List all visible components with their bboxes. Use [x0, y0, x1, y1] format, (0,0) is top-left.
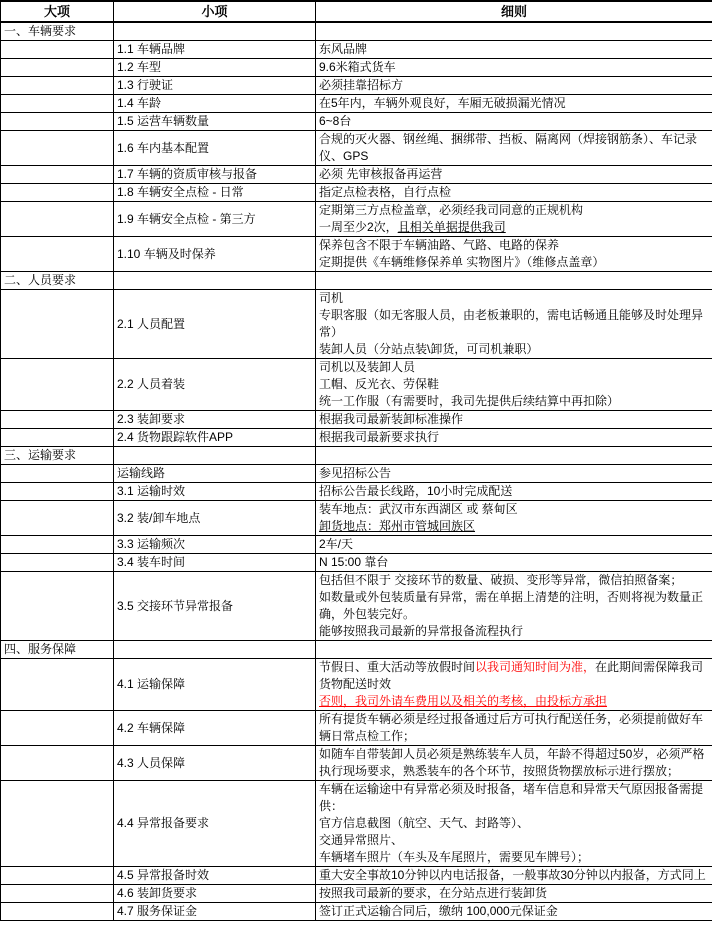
detail-line: 招标公告最长线路，10小时完成配送	[319, 483, 709, 500]
detail-line: 按照我司最新的要求，在分站点进行装卸货	[319, 885, 709, 902]
item-cell: 2.3 装卸要求	[114, 411, 316, 429]
detail-cell: 节假日、重大活动等放假时间以我司通知时间为准，在此期间需保障我司货物配送时效否则…	[316, 659, 712, 711]
detail-text: 所有提货车辆必须是经过报备通过后方可执行配送任务，必须提前做好车辆日常点检工作；	[319, 712, 703, 743]
item-cell: 1.5 运营车辆数量	[114, 113, 316, 131]
item-cell: 4.5 异常报备时效	[114, 867, 316, 885]
detail-line: 必须挂靠招标方	[319, 77, 709, 94]
detail-text: 2车/天	[319, 537, 353, 551]
detail-line: 所有提货车辆必须是经过报备通过后方可执行配送任务，必须提前做好车辆日常点检工作；	[319, 711, 709, 745]
detail-text: 定期提供《车辆维修保养单 实物图片》（维修点盖章）	[319, 255, 604, 269]
table-row: 1.4 车龄在5年内，车辆外观良好，车厢无破损漏光情况	[1, 95, 712, 113]
major-cell	[1, 867, 114, 885]
detail-cell: 指定点检表格，自行点检	[316, 184, 712, 202]
section-row: 二、人员要求	[1, 272, 712, 290]
column-header-detail: 细则	[316, 1, 712, 22]
table-row: 1.5 运营车辆数量6~8台	[1, 113, 712, 131]
detail-line: N 15:00 靠台	[319, 554, 709, 571]
detail-line: 能够按照我司最新的异常报备流程执行	[319, 623, 709, 640]
table-row: 1.1 车辆品牌东风品牌	[1, 41, 712, 59]
detail-cell: 招标公告最长线路，10小时完成配送	[316, 483, 712, 501]
item-cell: 2.4 货物跟踪软件APP	[114, 429, 316, 447]
item-cell: 1.8 车辆安全点检 - 日常	[114, 184, 316, 202]
section-row: 三、运输要求	[1, 447, 712, 465]
detail-text: 招标公告最长线路，10小时完成配送	[319, 484, 512, 498]
detail-line: 2车/天	[319, 536, 709, 553]
detail-line: 车辆在运输途中有异常必须及时报备，堵车信息和异常天气原因报备需提供：	[319, 781, 709, 815]
detail-cell: 定期第三方点检盖章，必须经我司同意的正规机构一周至少2次，且相关单据提供我司	[316, 202, 712, 237]
table-row: 2.3 装卸要求根据我司最新装卸标准操作	[1, 411, 712, 429]
section-row: 四、服务保障	[1, 641, 712, 659]
detail-cell: 必须挂靠招标方	[316, 77, 712, 95]
item-cell: 3.2 装/卸车地点	[114, 501, 316, 536]
detail-text: 如随车自带装卸人员必须是熟练装车人员，年龄不得超过50岁，必须严格执行现场要求，…	[319, 747, 704, 778]
detail-text: 一周至少2次，	[319, 220, 398, 234]
item-cell: 1.10 车辆及时保养	[114, 237, 316, 272]
detail-line: 参见招标公告	[319, 465, 709, 482]
detail-line: 东风品牌	[319, 41, 709, 58]
table-row: 4.5 异常报备时效重大安全事故10分钟以内电话报备，一般事故30分钟以内报备，…	[1, 867, 712, 885]
table-row: 1.9 车辆安全点检 - 第三方定期第三方点检盖章，必须经我司同意的正规机构一周…	[1, 202, 712, 237]
item-cell: 2.1 人员配置	[114, 290, 316, 359]
detail-cell: 根据我司最新装卸标准操作	[316, 411, 712, 429]
document: 大项小项细则 一、车辆要求1.1 车辆品牌东风品牌1.2 车型9.6米箱式货车1…	[0, 0, 712, 941]
item-cell	[114, 22, 316, 41]
major-cell	[1, 290, 114, 359]
detail-text: 按照我司最新的要求，在分站点进行装卸货	[319, 886, 547, 900]
detail-line: 统一工作服（有需要时，我司先提供后续结算中再扣除）	[319, 393, 709, 410]
table-row: 1.6 车内基本配置合规的灭火器、钢丝绳、捆绑带、挡板、隔离网（焊接钢筋条）、车…	[1, 131, 712, 166]
item-cell: 3.1 运输时效	[114, 483, 316, 501]
major-cell	[1, 131, 114, 166]
item-cell: 3.3 运输频次	[114, 536, 316, 554]
detail-line: 9.6米箱式货车	[319, 59, 709, 76]
detail-cell: 9.6米箱式货车	[316, 59, 712, 77]
table-row: 1.8 车辆安全点检 - 日常指定点检表格，自行点检	[1, 184, 712, 202]
detail-text: N 15:00 靠台	[319, 555, 388, 569]
detail-line: 在5年内，车辆外观良好，车厢无破损漏光情况	[319, 95, 709, 112]
detail-text: 根据我司最新装卸标准操作	[319, 412, 463, 426]
detail-text: 装车地点：武汉市东西湖区 或 蔡甸区	[319, 502, 518, 516]
detail-text: 如数量或外包装质量有异常，需在单据上清楚的注明，否则将视为数量正确，外包装完好。	[319, 590, 703, 621]
item-cell: 运输线路	[114, 465, 316, 483]
detail-line: 指定点检表格，自行点检	[319, 184, 709, 201]
major-cell	[1, 483, 114, 501]
detail-text: 6~8台	[319, 114, 351, 128]
major-cell	[1, 746, 114, 781]
detail-line: 一周至少2次，且相关单据提供我司	[319, 219, 709, 236]
detail-line: 合规的灭火器、钢丝绳、捆绑带、挡板、隔离网（焊接钢筋条）、车记录仪、GPS	[319, 131, 709, 165]
column-header-major: 大项	[1, 1, 114, 22]
column-header-item: 小项	[114, 1, 316, 22]
table-row: 1.3 行驶证必须挂靠招标方	[1, 77, 712, 95]
major-cell	[1, 77, 114, 95]
item-cell: 1.6 车内基本配置	[114, 131, 316, 166]
detail-line: 定期提供《车辆维修保养单 实物图片》（维修点盖章）	[319, 254, 709, 271]
major-cell	[1, 465, 114, 483]
detail-text: 工帽、反光衣、劳保鞋	[319, 377, 439, 391]
major-cell	[1, 113, 114, 131]
item-cell: 3.4 装车时间	[114, 554, 316, 572]
major-cell	[1, 237, 114, 272]
detail-text: 保养包含不限于车辆油路、气路、电路的保养	[319, 238, 559, 252]
major-cell	[1, 903, 114, 921]
detail-cell: 所有提货车辆必须是经过报备通过后方可执行配送任务，必须提前做好车辆日常点检工作；	[316, 711, 712, 746]
major-cell	[1, 166, 114, 184]
section-title-cell: 二、人员要求	[1, 272, 114, 290]
major-cell	[1, 659, 114, 711]
detail-text: 能够按照我司最新的异常报备流程执行	[319, 624, 523, 638]
detail-text: 定期第三方点检盖章，必须经我司同意的正规机构	[319, 203, 583, 217]
major-cell	[1, 202, 114, 237]
detail-line: 根据我司最新装卸标准操作	[319, 411, 709, 428]
item-cell: 4.7 服务保证金	[114, 903, 316, 921]
detail-line: 必须 先审核报备再运营	[319, 166, 709, 183]
table-row: 2.2 人员着装司机以及装卸人员工帽、反光衣、劳保鞋统一工作服（有需要时，我司先…	[1, 359, 712, 411]
detail-line: 工帽、反光衣、劳保鞋	[319, 376, 709, 393]
section-title-cell: 四、服务保障	[1, 641, 114, 659]
detail-text: 统一工作服（有需要时，我司先提供后续结算中再扣除）	[319, 394, 619, 408]
major-cell	[1, 41, 114, 59]
detail-text: 必须挂靠招标方	[319, 78, 403, 92]
detail-cell: 重大安全事故10分钟以内电话报备，一般事故30分钟以内报备，方式同上	[316, 867, 712, 885]
item-cell: 4.3 人员保障	[114, 746, 316, 781]
detail-line: 司机以及装卸人员	[319, 359, 709, 376]
requirements-table: 大项小项细则 一、车辆要求1.1 车辆品牌东风品牌1.2 车型9.6米箱式货车1…	[0, 0, 712, 921]
table-row: 4.3 人员保障如随车自带装卸人员必须是熟练装车人员，年龄不得超过50岁，必须严…	[1, 746, 712, 781]
detail-text: 交通异常照片、	[319, 833, 403, 847]
detail-line: 如数量或外包装质量有异常，需在单据上清楚的注明，否则将视为数量正确，外包装完好。	[319, 589, 709, 623]
detail-text: 参见招标公告	[319, 466, 391, 480]
detail-text: 专职客服（如无客服人员，由老板兼职的，需电话畅通且能够及时处理异常）	[319, 308, 703, 339]
item-cell: 1.7 车辆的资质审核与报备	[114, 166, 316, 184]
table-row: 3.1 运输时效招标公告最长线路，10小时完成配送	[1, 483, 712, 501]
detail-line: 车辆堵车照片（车头及车尾照片，需要见车牌号）；	[319, 849, 709, 866]
detail-cell: 2车/天	[316, 536, 712, 554]
detail-text: 必须 先审核报备再运营	[319, 167, 442, 181]
detail-line: 如随车自带装卸人员必须是熟练装车人员，年龄不得超过50岁，必须严格执行现场要求，…	[319, 746, 709, 780]
major-cell	[1, 359, 114, 411]
detail-cell: 签订正式运输合同后，缴纳 100,000元保证金	[316, 903, 712, 921]
item-cell	[114, 447, 316, 465]
detail-text: 司机	[319, 291, 343, 305]
detail-text: 9.6米箱式货车	[319, 60, 396, 74]
table-row: 4.2 车辆保障所有提货车辆必须是经过报备通过后方可执行配送任务，必须提前做好车…	[1, 711, 712, 746]
detail-line: 包括但不限于 交接环节的数量、破损、变形等异常，微信拍照备案；	[319, 572, 709, 589]
table-row: 1.7 车辆的资质审核与报备必须 先审核报备再运营	[1, 166, 712, 184]
detail-line: 定期第三方点检盖章，必须经我司同意的正规机构	[319, 202, 709, 219]
table-row: 运输线路参见招标公告	[1, 465, 712, 483]
detail-cell: 必须 先审核报备再运营	[316, 166, 712, 184]
detail-cell: 在5年内，车辆外观良好，车厢无破损漏光情况	[316, 95, 712, 113]
detail-text: 根据我司最新要求执行	[319, 430, 439, 444]
detail-cell: 参见招标公告	[316, 465, 712, 483]
detail-text: 司机以及装卸人员	[319, 360, 415, 374]
detail-cell: 司机专职客服（如无客服人员，由老板兼职的，需电话畅通且能够及时处理异常）装卸人员…	[316, 290, 712, 359]
item-cell	[114, 272, 316, 290]
detail-text: 且相关单据提供我司	[398, 220, 506, 234]
detail-text-emphasis: 否则，我司外请车费用以及相关的考核，由投标方承担	[319, 694, 607, 708]
item-cell: 1.1 车辆品牌	[114, 41, 316, 59]
detail-cell: 合规的灭火器、钢丝绳、捆绑带、挡板、隔离网（焊接钢筋条）、车记录仪、GPS	[316, 131, 712, 166]
detail-cell	[316, 22, 712, 41]
detail-text: 节假日、重大活动等放假时间	[319, 660, 475, 674]
major-cell	[1, 536, 114, 554]
detail-cell: 如随车自带装卸人员必须是熟练装车人员，年龄不得超过50岁，必须严格执行现场要求，…	[316, 746, 712, 781]
item-cell: 1.3 行驶证	[114, 77, 316, 95]
table-row: 2.1 人员配置司机专职客服（如无客服人员，由老板兼职的，需电话畅通且能够及时处…	[1, 290, 712, 359]
major-cell	[1, 554, 114, 572]
detail-text: 包括但不限于 交接环节的数量、破损、变形等异常，微信拍照备案；	[319, 573, 682, 587]
detail-line: 专职客服（如无客服人员，由老板兼职的，需电话畅通且能够及时处理异常）	[319, 307, 709, 341]
detail-cell: 6~8台	[316, 113, 712, 131]
item-cell: 4.2 车辆保障	[114, 711, 316, 746]
item-cell: 3.5 交接环节异常报备	[114, 572, 316, 641]
detail-line: 6~8台	[319, 113, 709, 130]
major-cell	[1, 781, 114, 867]
detail-line: 司机	[319, 290, 709, 307]
detail-cell	[316, 447, 712, 465]
detail-text: 卸货地点：郑州市管城回族区	[319, 519, 475, 533]
detail-line: 装车地点：武汉市东西湖区 或 蔡甸区	[319, 501, 709, 518]
detail-text: 重大安全事故10分钟以内电话报备，一般事故30分钟以内报备，方式同上	[319, 868, 706, 882]
major-cell	[1, 501, 114, 536]
item-cell: 4.4 异常报备要求	[114, 781, 316, 867]
major-cell	[1, 184, 114, 202]
detail-cell	[316, 641, 712, 659]
item-cell: 2.2 人员着装	[114, 359, 316, 411]
detail-line: 官方信息截图（航空、天气、封路等）、	[319, 815, 709, 832]
table-row: 4.7 服务保证金签订正式运输合同后，缴纳 100,000元保证金	[1, 903, 712, 921]
detail-line: 否则，我司外请车费用以及相关的考核，由投标方承担	[319, 693, 709, 710]
major-cell	[1, 885, 114, 903]
detail-cell: 保养包含不限于车辆油路、气路、电路的保养定期提供《车辆维修保养单 实物图片》（维…	[316, 237, 712, 272]
item-cell: 4.6 装卸货要求	[114, 885, 316, 903]
header-row: 大项小项细则	[1, 1, 712, 22]
section-title-cell: 一、车辆要求	[1, 22, 114, 41]
major-cell	[1, 429, 114, 447]
detail-text: 车辆在运输途中有异常必须及时报备，堵车信息和异常天气原因报备需提供：	[319, 782, 703, 813]
table-row: 2.4 货物跟踪软件APP根据我司最新要求执行	[1, 429, 712, 447]
item-cell	[114, 641, 316, 659]
major-cell	[1, 95, 114, 113]
detail-line: 保养包含不限于车辆油路、气路、电路的保养	[319, 237, 709, 254]
detail-line: 节假日、重大活动等放假时间以我司通知时间为准，在此期间需保障我司货物配送时效	[319, 659, 709, 693]
item-cell: 1.9 车辆安全点检 - 第三方	[114, 202, 316, 237]
item-cell: 1.4 车龄	[114, 95, 316, 113]
table-row: 4.1 运输保障节假日、重大活动等放假时间以我司通知时间为准，在此期间需保障我司…	[1, 659, 712, 711]
table-row: 3.2 装/卸车地点装车地点：武汉市东西湖区 或 蔡甸区卸货地点：郑州市管城回族…	[1, 501, 712, 536]
detail-line: 签订正式运输合同后，缴纳 100,000元保证金	[319, 903, 709, 920]
detail-text: 签订正式运输合同后，缴纳 100,000元保证金	[319, 904, 558, 918]
detail-text: 在5年内，车辆外观良好，车厢无破损漏光情况	[319, 96, 566, 110]
major-cell	[1, 411, 114, 429]
detail-cell: 司机以及装卸人员工帽、反光衣、劳保鞋统一工作服（有需要时，我司先提供后续结算中再…	[316, 359, 712, 411]
major-cell	[1, 572, 114, 641]
detail-cell: 包括但不限于 交接环节的数量、破损、变形等异常，微信拍照备案；如数量或外包装质量…	[316, 572, 712, 641]
major-cell	[1, 59, 114, 77]
detail-cell: 东风品牌	[316, 41, 712, 59]
detail-text: 官方信息截图（航空、天气、封路等）、	[319, 816, 529, 830]
detail-text: 合规的灭火器、钢丝绳、捆绑带、挡板、隔离网（焊接钢筋条）、车记录仪、GPS	[319, 132, 697, 163]
detail-line: 重大安全事故10分钟以内电话报备，一般事故30分钟以内报备，方式同上	[319, 867, 709, 884]
detail-line: 装卸人员（分站点装\卸货，可司机兼职）	[319, 341, 709, 358]
section-row: 一、车辆要求	[1, 22, 712, 41]
item-cell: 1.2 车型	[114, 59, 316, 77]
table-row: 1.2 车型9.6米箱式货车	[1, 59, 712, 77]
table-row: 3.4 装车时间N 15:00 靠台	[1, 554, 712, 572]
table-row: 4.4 异常报备要求车辆在运输途中有异常必须及时报备，堵车信息和异常天气原因报备…	[1, 781, 712, 867]
section-title-cell: 三、运输要求	[1, 447, 114, 465]
detail-cell: 按照我司最新的要求，在分站点进行装卸货	[316, 885, 712, 903]
detail-text: 车辆堵车照片（车头及车尾照片，需要见车牌号）；	[319, 850, 589, 864]
table-row: 1.10 车辆及时保养保养包含不限于车辆油路、气路、电路的保养定期提供《车辆维修…	[1, 237, 712, 272]
detail-cell	[316, 272, 712, 290]
detail-line: 卸货地点：郑州市管城回族区	[319, 518, 709, 535]
major-cell	[1, 711, 114, 746]
detail-line: 交通异常照片、	[319, 832, 709, 849]
detail-cell: 车辆在运输途中有异常必须及时报备，堵车信息和异常天气原因报备需提供：官方信息截图…	[316, 781, 712, 867]
detail-cell: N 15:00 靠台	[316, 554, 712, 572]
table-row: 3.5 交接环节异常报备包括但不限于 交接环节的数量、破损、变形等异常，微信拍照…	[1, 572, 712, 641]
item-cell: 4.1 运输保障	[114, 659, 316, 711]
detail-text: 指定点检表格，自行点检	[319, 185, 451, 199]
detail-cell: 根据我司最新要求执行	[316, 429, 712, 447]
table-row: 4.6 装卸货要求按照我司最新的要求，在分站点进行装卸货	[1, 885, 712, 903]
table-row: 3.3 运输频次2车/天	[1, 536, 712, 554]
detail-cell: 装车地点：武汉市东西湖区 或 蔡甸区卸货地点：郑州市管城回族区	[316, 501, 712, 536]
detail-text: 东风品牌	[319, 42, 367, 56]
detail-text: 装卸人员（分站点装\卸货，可司机兼职）	[319, 342, 538, 356]
detail-text-emphasis: 以我司通知时间为准，	[475, 660, 595, 674]
detail-line: 根据我司最新要求执行	[319, 429, 709, 446]
